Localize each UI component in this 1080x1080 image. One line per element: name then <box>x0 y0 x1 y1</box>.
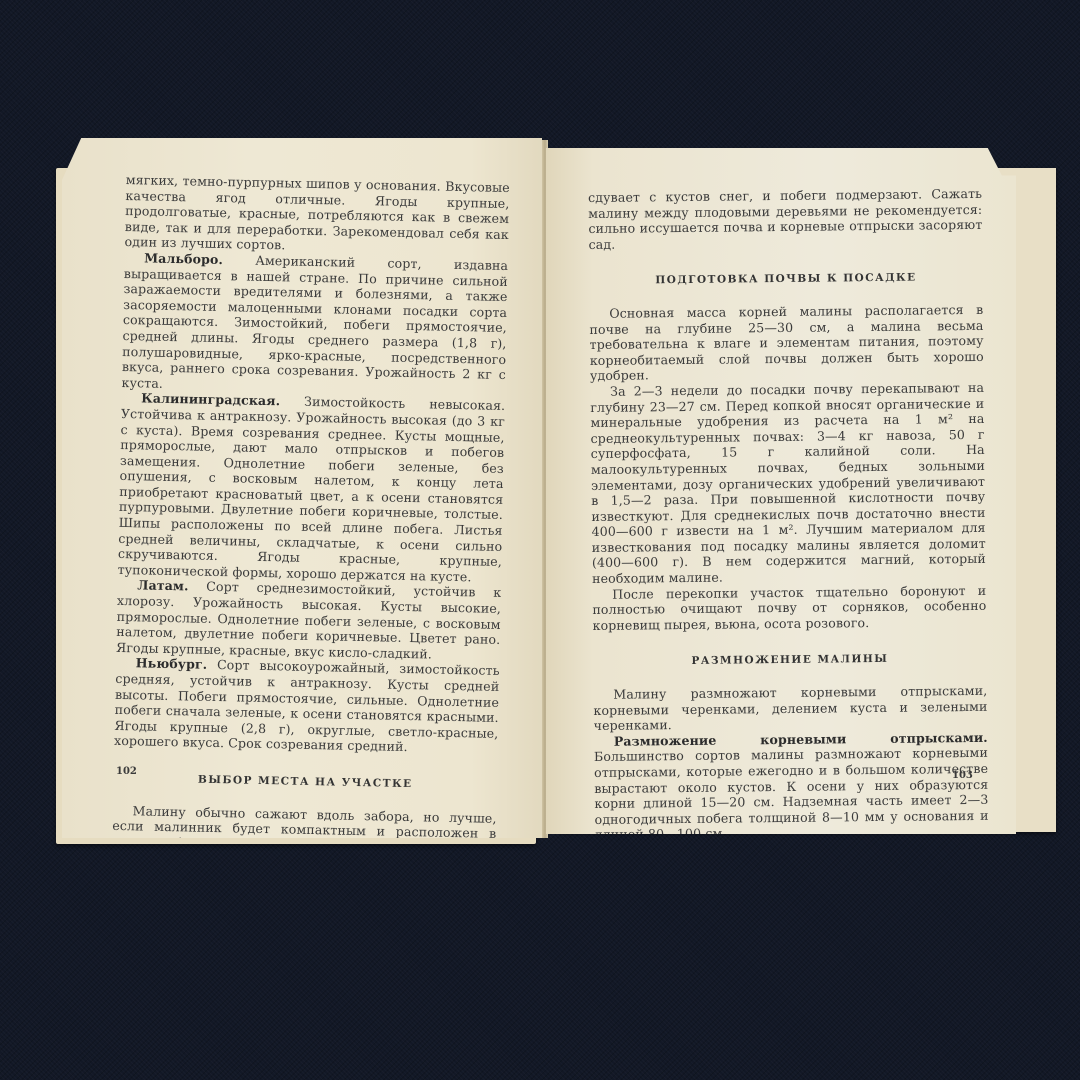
subsection-lead: Размножение делением куста. <box>615 840 850 857</box>
variety-malboro: Мальборо. Американский сорт, издавна выр… <box>121 250 508 398</box>
section-heading: ПОДГОТОВКА ПОЧВЫ К ПОСАДКЕ <box>589 270 983 290</box>
paragraph: За 2—3 недели до посадки почву перекапыв… <box>590 380 986 587</box>
page-number: 102 <box>116 766 137 777</box>
paragraph: сдувает с кустов снег, и побеги подмерза… <box>588 186 983 252</box>
paragraph: Малину обычно сажают вдоль забора, но лу… <box>111 802 497 919</box>
variety-latam: Латам. Сорт среднезимостойкий, устойчив … <box>116 577 502 663</box>
paragraph-text: Некоторые ценные сорта малины (Новость К… <box>595 839 990 998</box>
section-heading: ВЫБОР МЕСТА НА УЧАСТКЕ <box>113 771 497 795</box>
paragraph: Малину размножают корневыми отпрысками, … <box>593 683 987 734</box>
paragraph-text: мягких, темно-пурпурных шипов у основани… <box>124 172 510 253</box>
left-page: мягких, темно-пурпурных шипов у основани… <box>62 138 542 838</box>
paragraph: мягких, темно-пурпурных шипов у основани… <box>124 172 510 258</box>
open-book: мягких, темно-пурпурных шипов у основани… <box>0 0 1080 1080</box>
page-number: 103 <box>952 770 973 781</box>
variety-newburgh: Ньюбург. Сорт высокоурожайный, зимостойк… <box>114 655 500 757</box>
variety-kaliningradskaya: Калининградская. Зимостойкость невысокая… <box>118 390 506 585</box>
paragraph: Основная масса корней малины располагает… <box>589 302 984 384</box>
variety-name: Ньюбург. <box>136 656 208 672</box>
paragraph-text: Зимостойкость невысокая. Устойчива к ант… <box>118 394 506 585</box>
paragraph: Размножение корневыми отпрысками. Больши… <box>594 730 989 843</box>
left-page-text: мягких, темно-пурпурных шипов у основани… <box>109 172 510 982</box>
section-heading: РАЗМНОЖЕНИЕ МАЛИНЫ <box>593 651 987 671</box>
paragraph-text: Американский сорт, издавна выращивается … <box>121 252 508 391</box>
right-page: сдувает с кустов снег, и побеги подмерза… <box>546 148 1016 834</box>
paragraph-text: Сорт высокоурожайный, зимостойкость сред… <box>114 657 500 754</box>
paragraph: После перекопки участок тщательно борону… <box>592 583 986 634</box>
variety-name: Латам. <box>137 578 188 594</box>
paragraph-text: Малину размножают корневыми отпрысками, … <box>593 683 987 733</box>
paragraph-text: Большинство сортов малины размножают кор… <box>594 745 989 842</box>
right-page-text: сдувает с кустов снег, и побеги подмерза… <box>588 186 990 999</box>
variety-name: Мальборо. <box>144 250 223 267</box>
paragraph: На низких холодных участках малина страд… <box>109 912 494 982</box>
paragraph: Размножение делением куста. Некоторые це… <box>595 839 991 999</box>
